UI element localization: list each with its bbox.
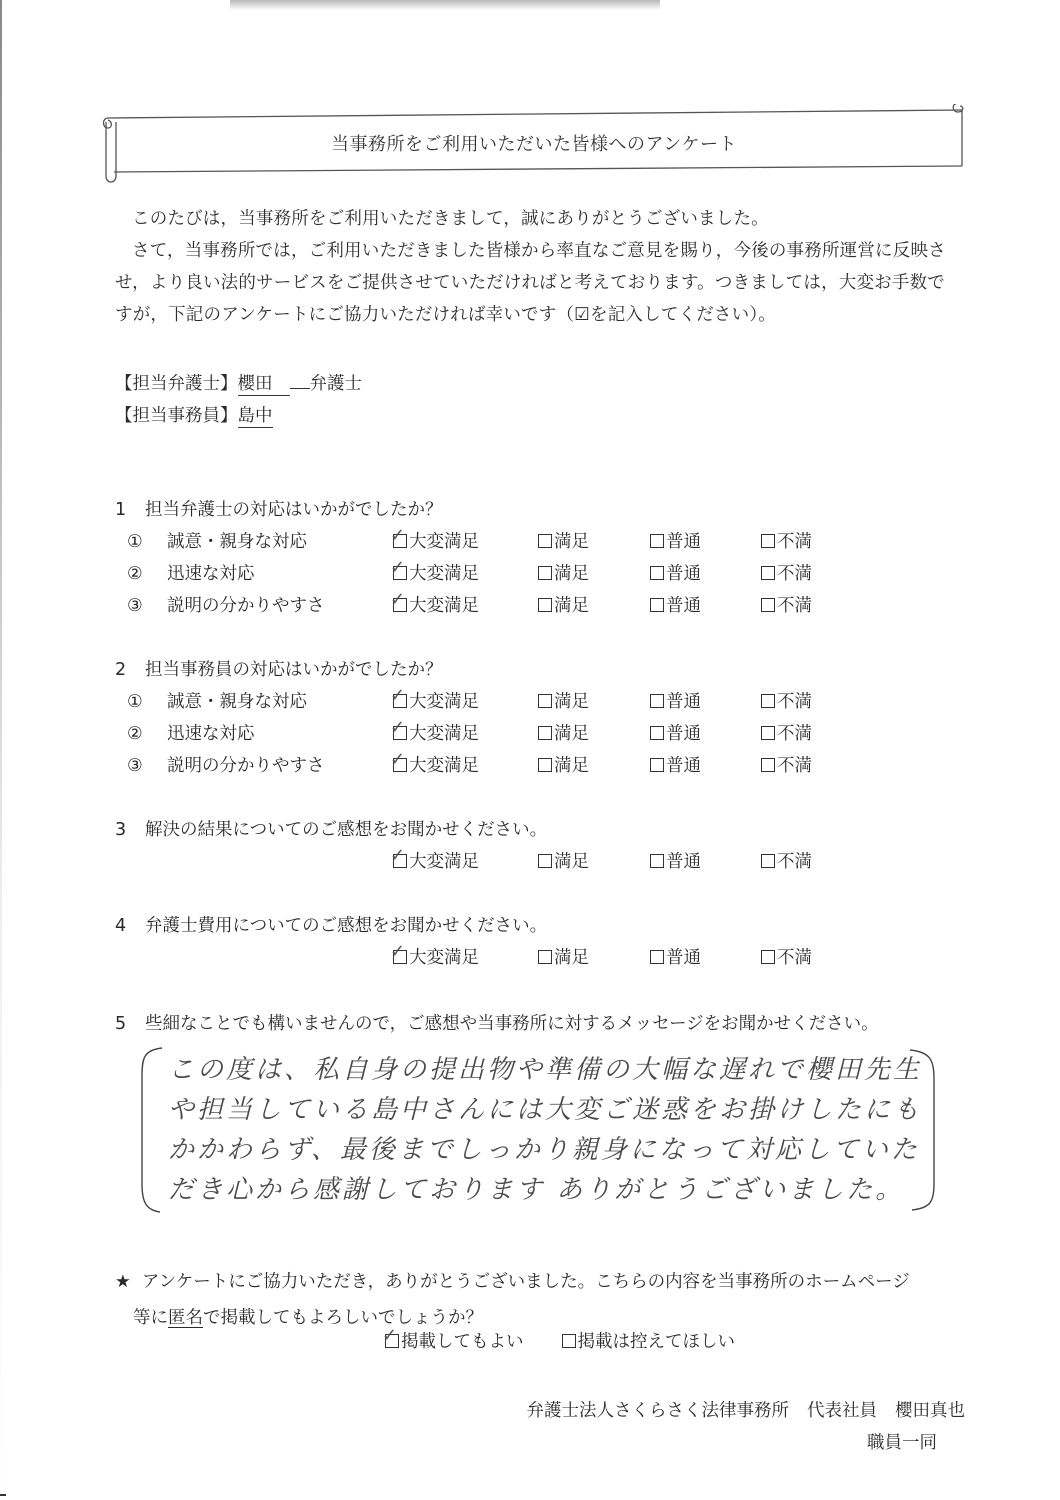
lawyer-name-blank: [290, 388, 310, 389]
lawyer-name: 櫻田: [238, 373, 290, 396]
rating-row: ✓大変満足 満足 普通 不満: [115, 846, 975, 878]
checkbox-checked[interactable]: ✓: [393, 694, 407, 708]
checkbox[interactable]: [761, 694, 775, 708]
checkbox[interactable]: [761, 726, 775, 740]
checkbox-checked[interactable]: ✓: [393, 758, 407, 772]
rating-row: ② 迅速な対応 ✓大変満足 満足 普通 不満: [115, 718, 975, 750]
option-neutral[interactable]: 普通: [650, 590, 701, 622]
checkbox[interactable]: [538, 598, 552, 612]
scan-mark: [0, 1494, 6, 1496]
option-satisfied[interactable]: 満足: [538, 846, 589, 878]
item-label: 誠意・親身な対応: [167, 526, 307, 558]
question-number: 2: [115, 654, 145, 686]
item-label: 迅速な対応: [167, 718, 255, 750]
option-satisfied[interactable]: 満足: [538, 590, 589, 622]
handwritten-comment: この度は、私自身の提出物や準備の大幅な遅れで櫻田先生や担当している島中さんには大…: [168, 1050, 928, 1210]
option-very-satisfied[interactable]: ✓大変満足: [393, 846, 479, 878]
clerk-row: 【担当事務員】島中: [115, 400, 362, 432]
check-mark-icon: ✓: [390, 527, 405, 545]
question-title: 担当事務員の対応はいかがでしたか？: [145, 660, 443, 680]
question-number: 3: [115, 814, 145, 846]
option-neutral[interactable]: 普通: [650, 558, 701, 590]
question-title: 弁護士費用についてのご感想をお聞かせください。: [145, 916, 547, 936]
representative-name: 櫻田真也: [895, 1401, 965, 1421]
check-mark-icon: ✓: [390, 847, 405, 865]
item-label: 誠意・親身な対応: [167, 686, 307, 718]
checkbox-checked[interactable]: ✓: [393, 950, 407, 964]
question-5: 5些細なことでも構いませんので，ご感想や当事務所に対するメッセージをお聞かせくだ…: [115, 1008, 975, 1040]
checkbox-checked[interactable]: ✓: [393, 854, 407, 868]
rating-row: ③ 説明の分かりやすさ ✓大変満足 満足 普通 不満: [115, 750, 975, 782]
lawyer-label: 【担当弁護士】: [115, 374, 238, 394]
option-neutral[interactable]: 普通: [650, 846, 701, 878]
clerk-name: 島中: [238, 405, 273, 428]
checkbox[interactable]: [650, 534, 664, 548]
rating-row: ③ 説明の分かりやすさ ✓大変満足 満足 普通 不満: [115, 590, 975, 622]
option-dissatisfied[interactable]: 不満: [761, 750, 812, 782]
publication-consent: ★ アンケートにご協力いただき，ありがとうございました。こちらの内容を当事務所の…: [115, 1264, 985, 1336]
clerk-label: 【担当事務員】: [115, 406, 238, 426]
checkbox[interactable]: [761, 534, 775, 548]
option-satisfied[interactable]: 満足: [538, 526, 589, 558]
checkbox-checked[interactable]: ✓: [393, 598, 407, 612]
checkbox-checked[interactable]: ✓: [393, 534, 407, 548]
option-satisfied[interactable]: 満足: [538, 750, 589, 782]
lawyer-suffix: 弁護士: [310, 374, 363, 394]
option-very-satisfied[interactable]: ✓大変満足: [393, 590, 479, 622]
checkbox[interactable]: [538, 566, 552, 580]
rating-row: ✓大変満足 満足 普通 不満: [115, 942, 975, 974]
checkbox[interactable]: [650, 758, 664, 772]
option-very-satisfied[interactable]: ✓大変満足: [393, 686, 479, 718]
check-mark-icon: ✓: [390, 943, 405, 961]
item-marker: ①: [127, 686, 143, 718]
anonymous-emphasis: 匿名: [168, 1308, 203, 1328]
rating-row: ② 迅速な対応 ✓大変満足 満足 普通 不満: [115, 558, 975, 590]
checkbox[interactable]: [650, 950, 664, 964]
option-satisfied[interactable]: 満足: [538, 942, 589, 974]
checkbox[interactable]: [538, 854, 552, 868]
check-mark-icon: ✓: [390, 719, 405, 737]
option-satisfied[interactable]: 満足: [538, 718, 589, 750]
option-very-satisfied[interactable]: ✓大変満足: [393, 718, 479, 750]
item-label: 迅速な対応: [167, 558, 255, 590]
signature: 弁護士法人さくらさく法律事務所代表社員櫻田真也 職員一同: [527, 1395, 966, 1459]
publication-options: ✓掲載してもよい掲載は控えてほしい: [385, 1328, 735, 1353]
page-title: 当事務所をご利用いただいた皆様へのアンケート: [100, 130, 968, 156]
intro-line-1: このたびは，当事務所をご利用いただきまして，誠にありがとうございました。: [115, 203, 975, 235]
option-allow-publish[interactable]: ✓掲載してもよい: [385, 1332, 524, 1352]
option-dissatisfied[interactable]: 不満: [761, 686, 812, 718]
option-neutral[interactable]: 普通: [650, 526, 701, 558]
checkbox[interactable]: [761, 598, 775, 612]
question-number: 4: [115, 910, 145, 942]
checkbox[interactable]: [650, 566, 664, 580]
comment-area[interactable]: この度は、私自身の提出物や準備の大幅な遅れで櫻田先生や担当している島中さんには大…: [140, 1046, 940, 1214]
check-mark-icon: ✓: [390, 591, 405, 609]
option-very-satisfied[interactable]: ✓大変満足: [393, 558, 479, 590]
check-mark-icon: ✓: [382, 1327, 397, 1345]
item-marker: ②: [127, 558, 143, 590]
item-label: 説明の分かりやすさ: [167, 590, 325, 622]
intro-text: このたびは，当事務所をご利用いただきまして，誠にありがとうございました。 さて，…: [115, 203, 975, 331]
option-dissatisfied[interactable]: 不満: [761, 558, 812, 590]
checkbox[interactable]: [562, 1334, 576, 1348]
check-mark-icon: ✓: [390, 559, 405, 577]
rating-row: ① 誠意・親身な対応 ✓大変満足 満足 普通 不満: [115, 526, 975, 558]
checkbox[interactable]: [650, 598, 664, 612]
checkbox[interactable]: [761, 758, 775, 772]
star-icon: ★: [115, 1272, 131, 1292]
question-title: 担当弁護士の対応はいかがでしたか？: [145, 500, 443, 520]
checkbox[interactable]: [538, 758, 552, 772]
representative-title: 代表社員: [807, 1401, 877, 1421]
option-dissatisfied[interactable]: 不満: [761, 590, 812, 622]
checkbox[interactable]: [538, 950, 552, 964]
checkbox[interactable]: [538, 726, 552, 740]
option-satisfied[interactable]: 満足: [538, 558, 589, 590]
staff-all: 職員一同: [527, 1427, 966, 1459]
checkbox[interactable]: [761, 950, 775, 964]
item-label: 説明の分かりやすさ: [167, 750, 325, 782]
item-marker: ①: [127, 526, 143, 558]
title-banner: 当事務所をご利用いただいた皆様へのアンケート: [100, 104, 968, 176]
checkbox[interactable]: [538, 694, 552, 708]
check-mark-icon: ✓: [390, 687, 405, 705]
question-number: 1: [115, 494, 145, 526]
question-title: 些細なことでも構いませんので，ご感想や当事務所に対するメッセージをお聞かせくださ…: [145, 1014, 879, 1034]
staff-info: 【担当弁護士】櫻田弁護士 【担当事務員】島中: [115, 368, 362, 432]
item-marker: ③: [127, 590, 143, 622]
question-4: 4弁護士費用についてのご感想をお聞かせください。 ✓大変満足 満足 普通 不満: [115, 910, 975, 974]
item-marker: ③: [127, 750, 143, 782]
option-very-satisfied[interactable]: ✓大変満足: [393, 750, 479, 782]
checkbox-checked[interactable]: ✓: [393, 726, 407, 740]
option-dissatisfied[interactable]: 不満: [761, 942, 812, 974]
scan-edge: [0, 0, 2, 1500]
checkbox[interactable]: [650, 726, 664, 740]
question-3: 3解決の結果についてのご感想をお聞かせください。 ✓大変満足 満足 普通 不満: [115, 814, 975, 878]
option-dissatisfied[interactable]: 不満: [761, 526, 812, 558]
option-very-satisfied[interactable]: ✓大変満足: [393, 526, 479, 558]
firm-name: 弁護士法人さくらさく法律事務所: [527, 1401, 790, 1421]
option-satisfied[interactable]: 満足: [538, 686, 589, 718]
option-dissatisfied[interactable]: 不満: [761, 846, 812, 878]
rating-row: ① 誠意・親身な対応 ✓大変満足 満足 普通 不満: [115, 686, 975, 718]
question-number: 5: [115, 1008, 145, 1040]
question-2: 2担当事務員の対応はいかがでしたか？ ① 誠意・親身な対応 ✓大変満足 満足 普…: [115, 654, 975, 782]
check-mark-icon: ✓: [390, 751, 405, 769]
option-neutral[interactable]: 普通: [650, 686, 701, 718]
question-1: 1担当弁護士の対応はいかがでしたか？ ① 誠意・親身な対応 ✓大変満足 満足 普…: [115, 494, 975, 622]
checkbox-checked[interactable]: ✓: [393, 566, 407, 580]
checkbox[interactable]: [650, 694, 664, 708]
option-neutral[interactable]: 普通: [650, 718, 701, 750]
consent-question-line1: アンケートにご協力いただき，ありがとうございました。こちらの内容を当事務所のホー…: [142, 1272, 910, 1292]
option-dissatisfied[interactable]: 不満: [761, 718, 812, 750]
intro-line-2: さて，当事務所では，ご利用いただきました皆様から率直なご意見を賜り，今後の事務所…: [115, 235, 955, 331]
lawyer-row: 【担当弁護士】櫻田弁護士: [115, 368, 362, 400]
item-marker: ②: [127, 718, 143, 750]
scan-shadow: [230, 0, 660, 10]
checkbox[interactable]: [538, 534, 552, 548]
question-title: 解決の結果についてのご感想をお聞かせください。: [145, 820, 547, 840]
checkbox[interactable]: [761, 566, 775, 580]
option-very-satisfied[interactable]: ✓大変満足: [393, 942, 479, 974]
option-neutral[interactable]: 普通: [650, 750, 701, 782]
checkbox[interactable]: [761, 854, 775, 868]
option-decline-publish[interactable]: 掲載は控えてほしい: [562, 1332, 736, 1352]
checkbox-checked[interactable]: ✓: [385, 1334, 399, 1348]
checkbox[interactable]: [650, 854, 664, 868]
option-neutral[interactable]: 普通: [650, 942, 701, 974]
